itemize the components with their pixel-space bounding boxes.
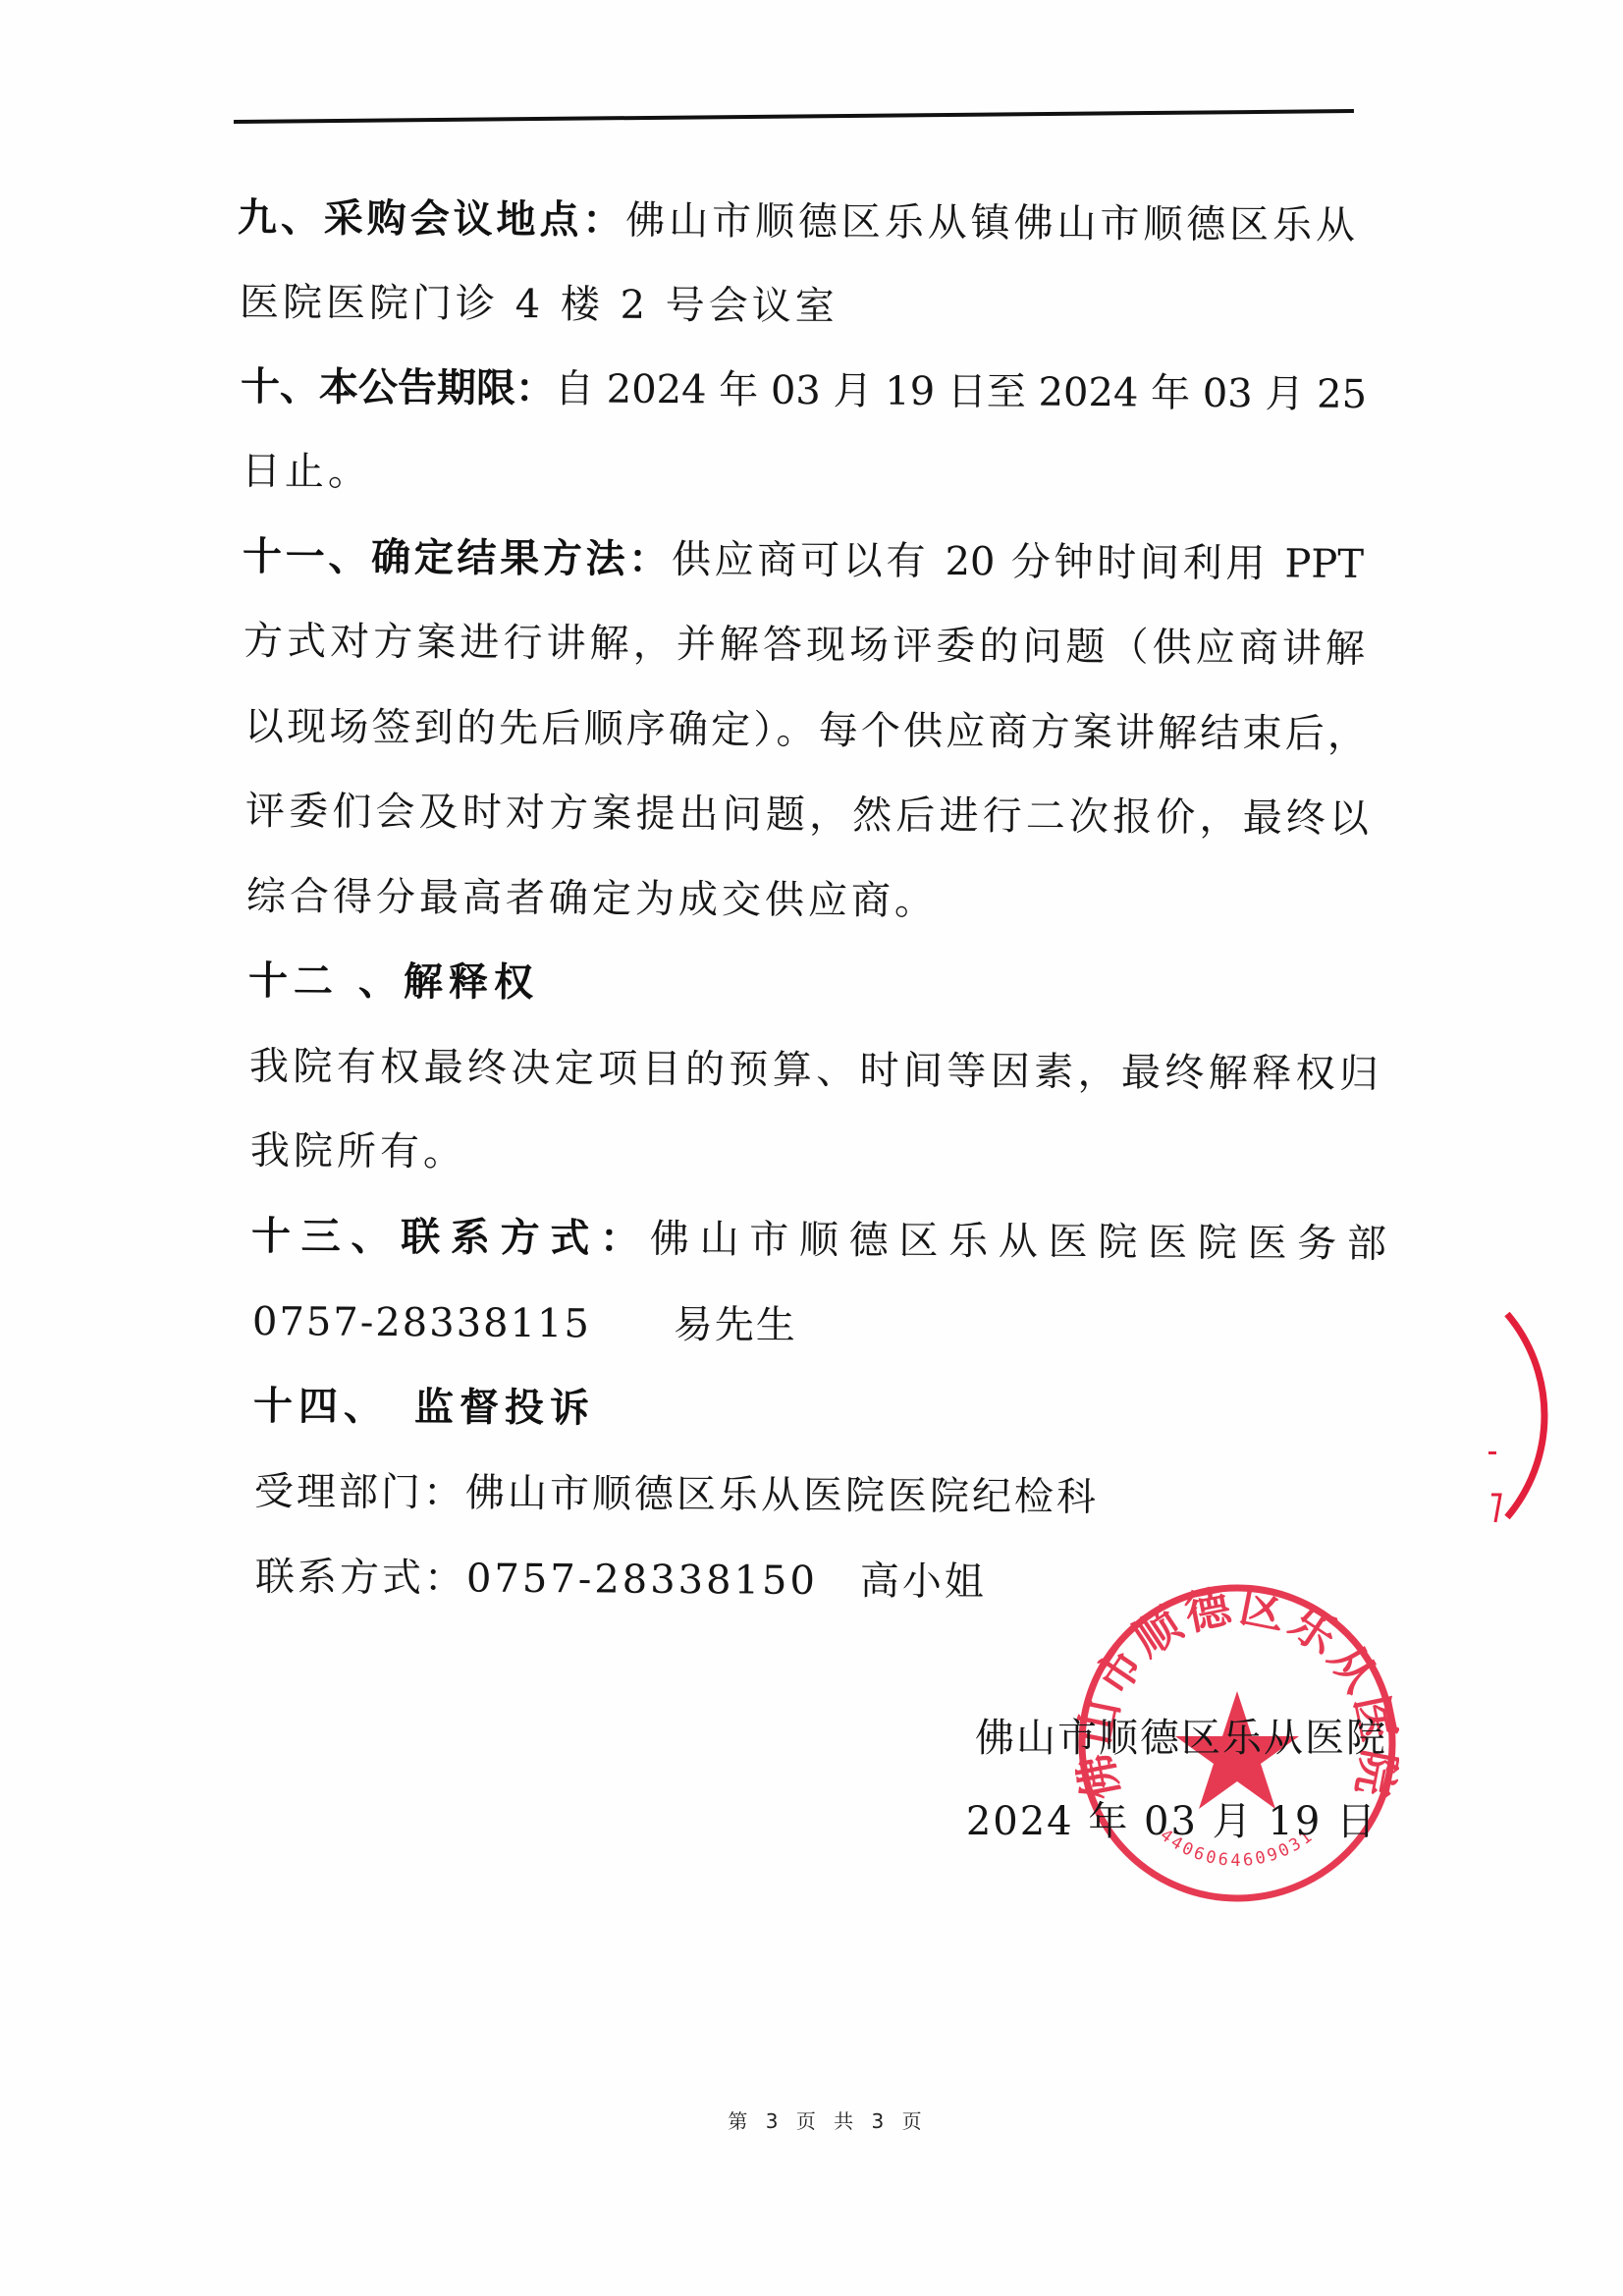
- section-13-heading: 十三、联系方式：: [251, 1214, 650, 1262]
- section-14-department: 受理部门：佛山市顺德区乐从医院医院纪检科: [254, 1469, 1099, 1520]
- section-11-line-1: 十一、确定结果方法：供应商可以有 20 分钟时间利用 PPT: [243, 529, 1364, 592]
- seam-seal-fragment-icon: [1473, 1237, 1623, 1611]
- section-11-line-5: 综合得分最高者确定为成交供应商。: [246, 869, 938, 929]
- section-12-text-2: 我院所有。: [250, 1128, 466, 1175]
- section-9-text: 佛山市顺德区乐从镇佛山市顺德区乐从: [625, 198, 1355, 248]
- section-10-text: 自 2024 年 03 月 19 日至 2024 年 03 月 25: [555, 366, 1367, 417]
- section-10-heading: 十、本公告期限：: [241, 364, 555, 411]
- section-12-text-1: 我院有权最终决定项目的预算、时间等因素，最终解释权归: [249, 1044, 1379, 1097]
- section-14-heading: 十四、 监督投诉: [253, 1384, 595, 1431]
- section-14-contact: 联系方式：0757-28338150 高小姐: [255, 1555, 987, 1605]
- section-11-text-3: 以现场签到的先后顺序确定）。每个供应商方案讲解结束后，: [244, 704, 1367, 757]
- section-9-line-1: 九、采购会议地点：佛山市顺德区乐从镇佛山市顺德区乐从: [238, 191, 1355, 253]
- section-11-text-5: 综合得分最高者确定为成交供应商。: [246, 874, 938, 924]
- section-14-line-2: 联系方式：0757-28338150 高小姐: [255, 1550, 987, 1610]
- section-14-line-1: 受理部门：佛山市顺德区乐从医院医院纪检科: [254, 1464, 1099, 1525]
- section-13-phone: 0757-28338115 易先生: [252, 1299, 797, 1348]
- page-number: 第 3 页 共 3 页: [680, 2106, 975, 2136]
- signature-organization: 佛山市顺德区乐从医院: [975, 1711, 1387, 1766]
- section-11-text: 供应商可以有 20 分钟时间利用 PPT: [672, 537, 1364, 587]
- section-14-heading-line: 十四、 监督投诉: [253, 1379, 595, 1436]
- section-11-line-4: 评委们会及时对方案提出问题，然后进行二次报价，最终以: [245, 784, 1369, 847]
- section-11-text-4: 评委们会及时对方案提出问题，然后进行二次报价，最终以: [245, 789, 1369, 842]
- section-12-line-1: 我院有权最终决定项目的预算、时间等因素，最终解释权归: [249, 1039, 1379, 1102]
- section-11-text-2: 方式对方案进行讲解，并解答现场评委的问题（供应商讲解: [243, 619, 1365, 672]
- document-page: 九、采购会议地点：佛山市顺德区乐从镇佛山市顺德区乐从 医院医院门诊 4 楼 2 …: [0, 0, 1623, 2296]
- section-9-text-cont: 医院医院门诊 4 楼 2 号会议室: [240, 280, 839, 329]
- section-9-heading: 九、采购会议地点：: [238, 195, 626, 244]
- section-9-line-2: 医院医院门诊 4 楼 2 号会议室: [240, 275, 839, 334]
- section-13-line-2: 0757-28338115 易先生: [252, 1294, 797, 1353]
- section-12-heading-line: 十二 、解释权: [248, 954, 539, 1011]
- section-12-heading: 十二 、解释权: [248, 958, 539, 1006]
- section-10-line-2: 日止。: [242, 444, 371, 500]
- section-11-line-2: 方式对方案进行讲解，并解答现场评委的问题（供应商讲解: [243, 614, 1365, 677]
- section-13-line-1: 十三、联系方式：佛山市顺德区乐从医院医院医务部: [251, 1209, 1386, 1272]
- section-12-line-2: 我院所有。: [250, 1123, 466, 1180]
- section-13-text: 佛山市顺德区乐从医院医院医务部: [650, 1217, 1386, 1267]
- signature-date: 2024 年 03 月 19 日: [966, 1794, 1378, 1849]
- header-rule: [234, 109, 1354, 124]
- section-10-line-1: 十、本公告期限：自 2024 年 03 月 19 日至 2024 年 03 月 …: [241, 359, 1360, 422]
- section-11-heading: 十一、确定结果方法：: [243, 534, 672, 582]
- section-10-text-cont: 日止。: [242, 449, 371, 495]
- section-11-line-3: 以现场签到的先后顺序确定）。每个供应商方案讲解结束后，: [244, 699, 1367, 762]
